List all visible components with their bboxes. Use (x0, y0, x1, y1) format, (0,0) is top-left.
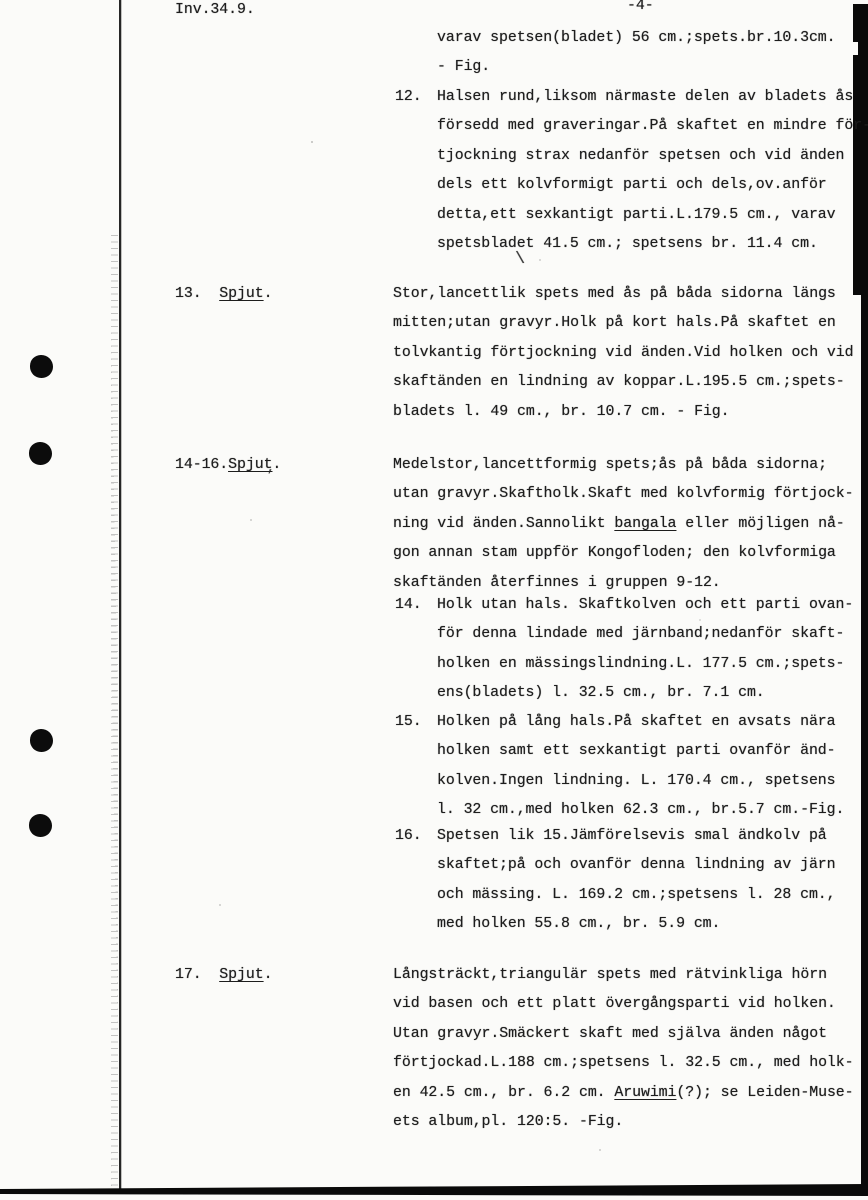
underlined-text-run: bangala (614, 516, 676, 532)
text-line: ens(bladets) l. 32.5 cm., br. 7.1 cm. (437, 679, 868, 708)
text-run: 14-16. (175, 457, 228, 473)
document-page: Inv.34.9. -4- varav spetsen(bladet) 56 c… (0, 0, 868, 1200)
subentry-number: 14. (395, 591, 422, 620)
entry-margin-label: 14-16.Spjut. (175, 451, 281, 480)
text-run: Långsträckt,triangulär spets med rätvink… (393, 967, 827, 983)
text-run: - Fig. (437, 59, 490, 75)
entry-margin-label: 13. Spjut. (175, 280, 272, 309)
text-run: l. 32 cm.,med holken 62.3 cm., br.5.7 cm… (437, 802, 844, 818)
text-run: Holken på lång hals.På skaftet en avsats… (437, 714, 836, 730)
catalog-subentry: 15.Holken på lång hals.På skaftet en avs… (393, 708, 868, 826)
text-line: gon annan stam uppför Kongofloden; den k… (393, 539, 868, 568)
text-line: och mässing. L. 169.2 cm.;spetsens l. 28… (437, 881, 868, 910)
text-run: Holk utan hals. Skaftkolven och ett part… (437, 597, 853, 613)
text-line: förtjockad.L.188 cm.;spetsens l. 32.5 cm… (393, 1049, 868, 1078)
text-line: vid basen och ett platt övergångsparti v… (393, 990, 868, 1019)
text-line: utan gravyr.Skaftholk.Skaft med kolvform… (393, 480, 868, 509)
catalog-subentry: 14.Holk utan hals. Skaftkolven och ett p… (393, 591, 868, 709)
text-run: skaftänden en lindning av koppar.L.195.5… (393, 374, 845, 390)
text-line: skaftet;på och ovanför denna lindning av… (437, 851, 868, 880)
text-lines: Holken på lång hals.På skaftet en avsats… (437, 708, 868, 826)
text-run: och mässing. L. 169.2 cm.;spetsens l. 28… (437, 887, 836, 903)
underlined-text-run: Spjut (228, 457, 272, 473)
text-line: - Fig. (437, 53, 868, 82)
text-run: (?); se Leiden-Muse- (676, 1085, 853, 1101)
text-run: tolvkantig förtjockning vid änden.Vid ho… (393, 345, 854, 361)
text-run: en 42.5 cm., br. 6.2 cm. (393, 1085, 614, 1101)
catalog-entry-body: Långsträckt,triangulär spets med rätvink… (393, 961, 868, 1137)
text-lines: Holk utan hals. Skaftkolven och ett part… (437, 591, 868, 709)
subentry-number: 16. (395, 822, 422, 851)
catalog-entry-body: Medelstor,lancettformig spets;ås på båda… (393, 451, 868, 598)
text-line: spetsbladet 41.5 cm.; spetsens br. 11.4 … (437, 230, 868, 259)
text-run: holken samt ett sexkantigt parti ovanför… (437, 743, 836, 759)
text-run: bladets l. 49 cm., br. 10.7 cm. - Fig. (393, 404, 730, 420)
text-line: tolvkantig förtjockning vid änden.Vid ho… (393, 339, 868, 368)
text-run: kolven.Ingen lindning. L. 170.4 cm., spe… (437, 773, 836, 789)
text-run: eller möjligen nå- (676, 516, 844, 532)
text-line: tjockning strax nedanför spetsen och vid… (437, 142, 868, 171)
stray-mark: , (267, 460, 275, 475)
underlined-text-run: Aruwimi (614, 1085, 676, 1101)
text-run: 17. (175, 967, 219, 983)
text-run: skaftet;på och ovanför denna lindning av… (437, 857, 836, 873)
continuation-text: varav spetsen(bladet) 56 cm.;spets.br.10… (393, 24, 868, 83)
text-run: utan gravyr.Skaftholk.Skaft med kolvform… (393, 486, 854, 502)
text-lines: Medelstor,lancettformig spets;ås på båda… (393, 451, 868, 598)
text-line: holken samt ett sexkantigt parti ovanför… (437, 737, 868, 766)
text-run: detta,ett sexkantigt parti.L.179.5 cm., … (437, 207, 836, 223)
text-line: ning vid änden.Sannolikt bangala eller m… (393, 510, 868, 539)
text-run: gon annan stam uppför Kongofloden; den k… (393, 545, 836, 561)
text-line: kolven.Ingen lindning. L. 170.4 cm., spe… (437, 767, 868, 796)
text-run: Stor,lancettlik spets med ås på båda sid… (393, 286, 836, 302)
catalog-subentry: 12.Halsen rund,liksom närmaste delen av … (393, 83, 868, 259)
text-run: tjockning strax nedanför spetsen och vid… (437, 148, 844, 164)
text-line: en 42.5 cm., br. 6.2 cm. Aruwimi(?); se … (393, 1079, 868, 1108)
text-run: ens(bladets) l. 32.5 cm., br. 7.1 cm. (437, 685, 765, 701)
text-lines: Spetsen lik 15.Jämförelsevis smal ändkol… (437, 822, 868, 940)
stray-mark: \ (515, 250, 525, 269)
underlined-text-run: Spjut (219, 967, 263, 983)
text-run: med holken 55.8 cm., br. 5.9 cm. (437, 916, 720, 932)
text-line: bladets l. 49 cm., br. 10.7 cm. - Fig. (393, 398, 868, 427)
text-run: skaftänden återfinnes i gruppen 9-12. (393, 575, 721, 591)
catalog-subentry: 16.Spetsen lik 15.Jämförelsevis smal änd… (393, 822, 868, 940)
text-run: Spetsen lik 15.Jämförelsevis smal ändkol… (437, 828, 827, 844)
text-line: Spetsen lik 15.Jämförelsevis smal ändkol… (437, 822, 868, 851)
text-run: spetsbladet 41.5 cm.; spetsens br. 11.4 … (437, 236, 818, 252)
text-run: ning vid änden.Sannolikt (393, 516, 614, 532)
text-run: förtjockad.L.188 cm.;spetsens l. 32.5 cm… (393, 1055, 854, 1071)
text-run: ets album,pl. 120:5. -Fig. (393, 1114, 623, 1130)
text-run: vid basen och ett platt övergångsparti v… (393, 996, 836, 1012)
text-run: 13. (175, 286, 219, 302)
text-run: . (264, 286, 273, 302)
text-run: försedd med graveringar.På skaftet en mi… (437, 118, 868, 134)
text-line: detta,ett sexkantigt parti.L.179.5 cm., … (437, 201, 868, 230)
text-line: Stor,lancettlik spets med ås på båda sid… (393, 280, 868, 309)
text-run: för denna lindade med järnband;nedanför … (437, 626, 844, 642)
text-lines: varav spetsen(bladet) 56 cm.;spets.br.10… (437, 24, 868, 83)
text-lines: Stor,lancettlik spets med ås på båda sid… (393, 280, 868, 427)
text-line: Holken på lång hals.På skaftet en avsats… (437, 708, 868, 737)
underlined-text-run: Spjut (219, 286, 263, 302)
text-line: holken en mässingslindning.L. 177.5 cm.;… (437, 650, 868, 679)
text-run: dels ett kolvformigt parti och dels,ov.a… (437, 177, 827, 193)
text-line: med holken 55.8 cm., br. 5.9 cm. (437, 910, 868, 939)
text-run: varav spetsen(bladet) 56 cm.;spets.br.10… (437, 30, 836, 46)
text-lines: Långsträckt,triangulär spets med rätvink… (393, 961, 868, 1137)
text-lines: Halsen rund,liksom närmaste delen av bla… (437, 83, 868, 259)
page-number: -4- (627, 0, 654, 14)
text-line: mitten;utan gravyr.Holk på kort hals.På … (393, 309, 868, 338)
text-run: holken en mässingslindning.L. 177.5 cm.;… (437, 656, 844, 672)
text-line: skaftänden en lindning av koppar.L.195.5… (393, 368, 868, 397)
text-line: för denna lindade med järnband;nedanför … (437, 620, 868, 649)
text-run: Utan gravyr.Smäckert skaft med själva än… (393, 1026, 827, 1042)
text-line: varav spetsen(bladet) 56 cm.;spets.br.10… (437, 24, 868, 53)
text-run: Halsen rund,liksom närmaste delen av bla… (437, 89, 853, 105)
text-run: Medelstor,lancettformig spets;ås på båda… (393, 457, 827, 473)
text-line: Halsen rund,liksom närmaste delen av bla… (437, 83, 868, 112)
text-run: mitten;utan gravyr.Holk på kort hals.På … (393, 315, 836, 331)
subentry-number: 15. (395, 708, 422, 737)
text-line: dels ett kolvformigt parti och dels,ov.a… (437, 171, 868, 200)
subentry-number: 12. (395, 83, 422, 112)
text-line: Utan gravyr.Smäckert skaft med själva än… (393, 1020, 868, 1049)
text-line: Medelstor,lancettformig spets;ås på båda… (393, 451, 868, 480)
catalog-entry-body: Stor,lancettlik spets med ås på båda sid… (393, 280, 868, 427)
entry-margin-label: 17. Spjut. (175, 961, 272, 990)
text-run: . (264, 967, 273, 983)
text-line: ets album,pl. 120:5. -Fig. (393, 1108, 868, 1137)
text-line: Långsträckt,triangulär spets med rätvink… (393, 961, 868, 990)
text-line: Holk utan hals. Skaftkolven och ett part… (437, 591, 868, 620)
text-line: försedd med graveringar.På skaftet en mi… (437, 112, 868, 141)
inventory-number: Inv.34.9. (175, 2, 255, 18)
